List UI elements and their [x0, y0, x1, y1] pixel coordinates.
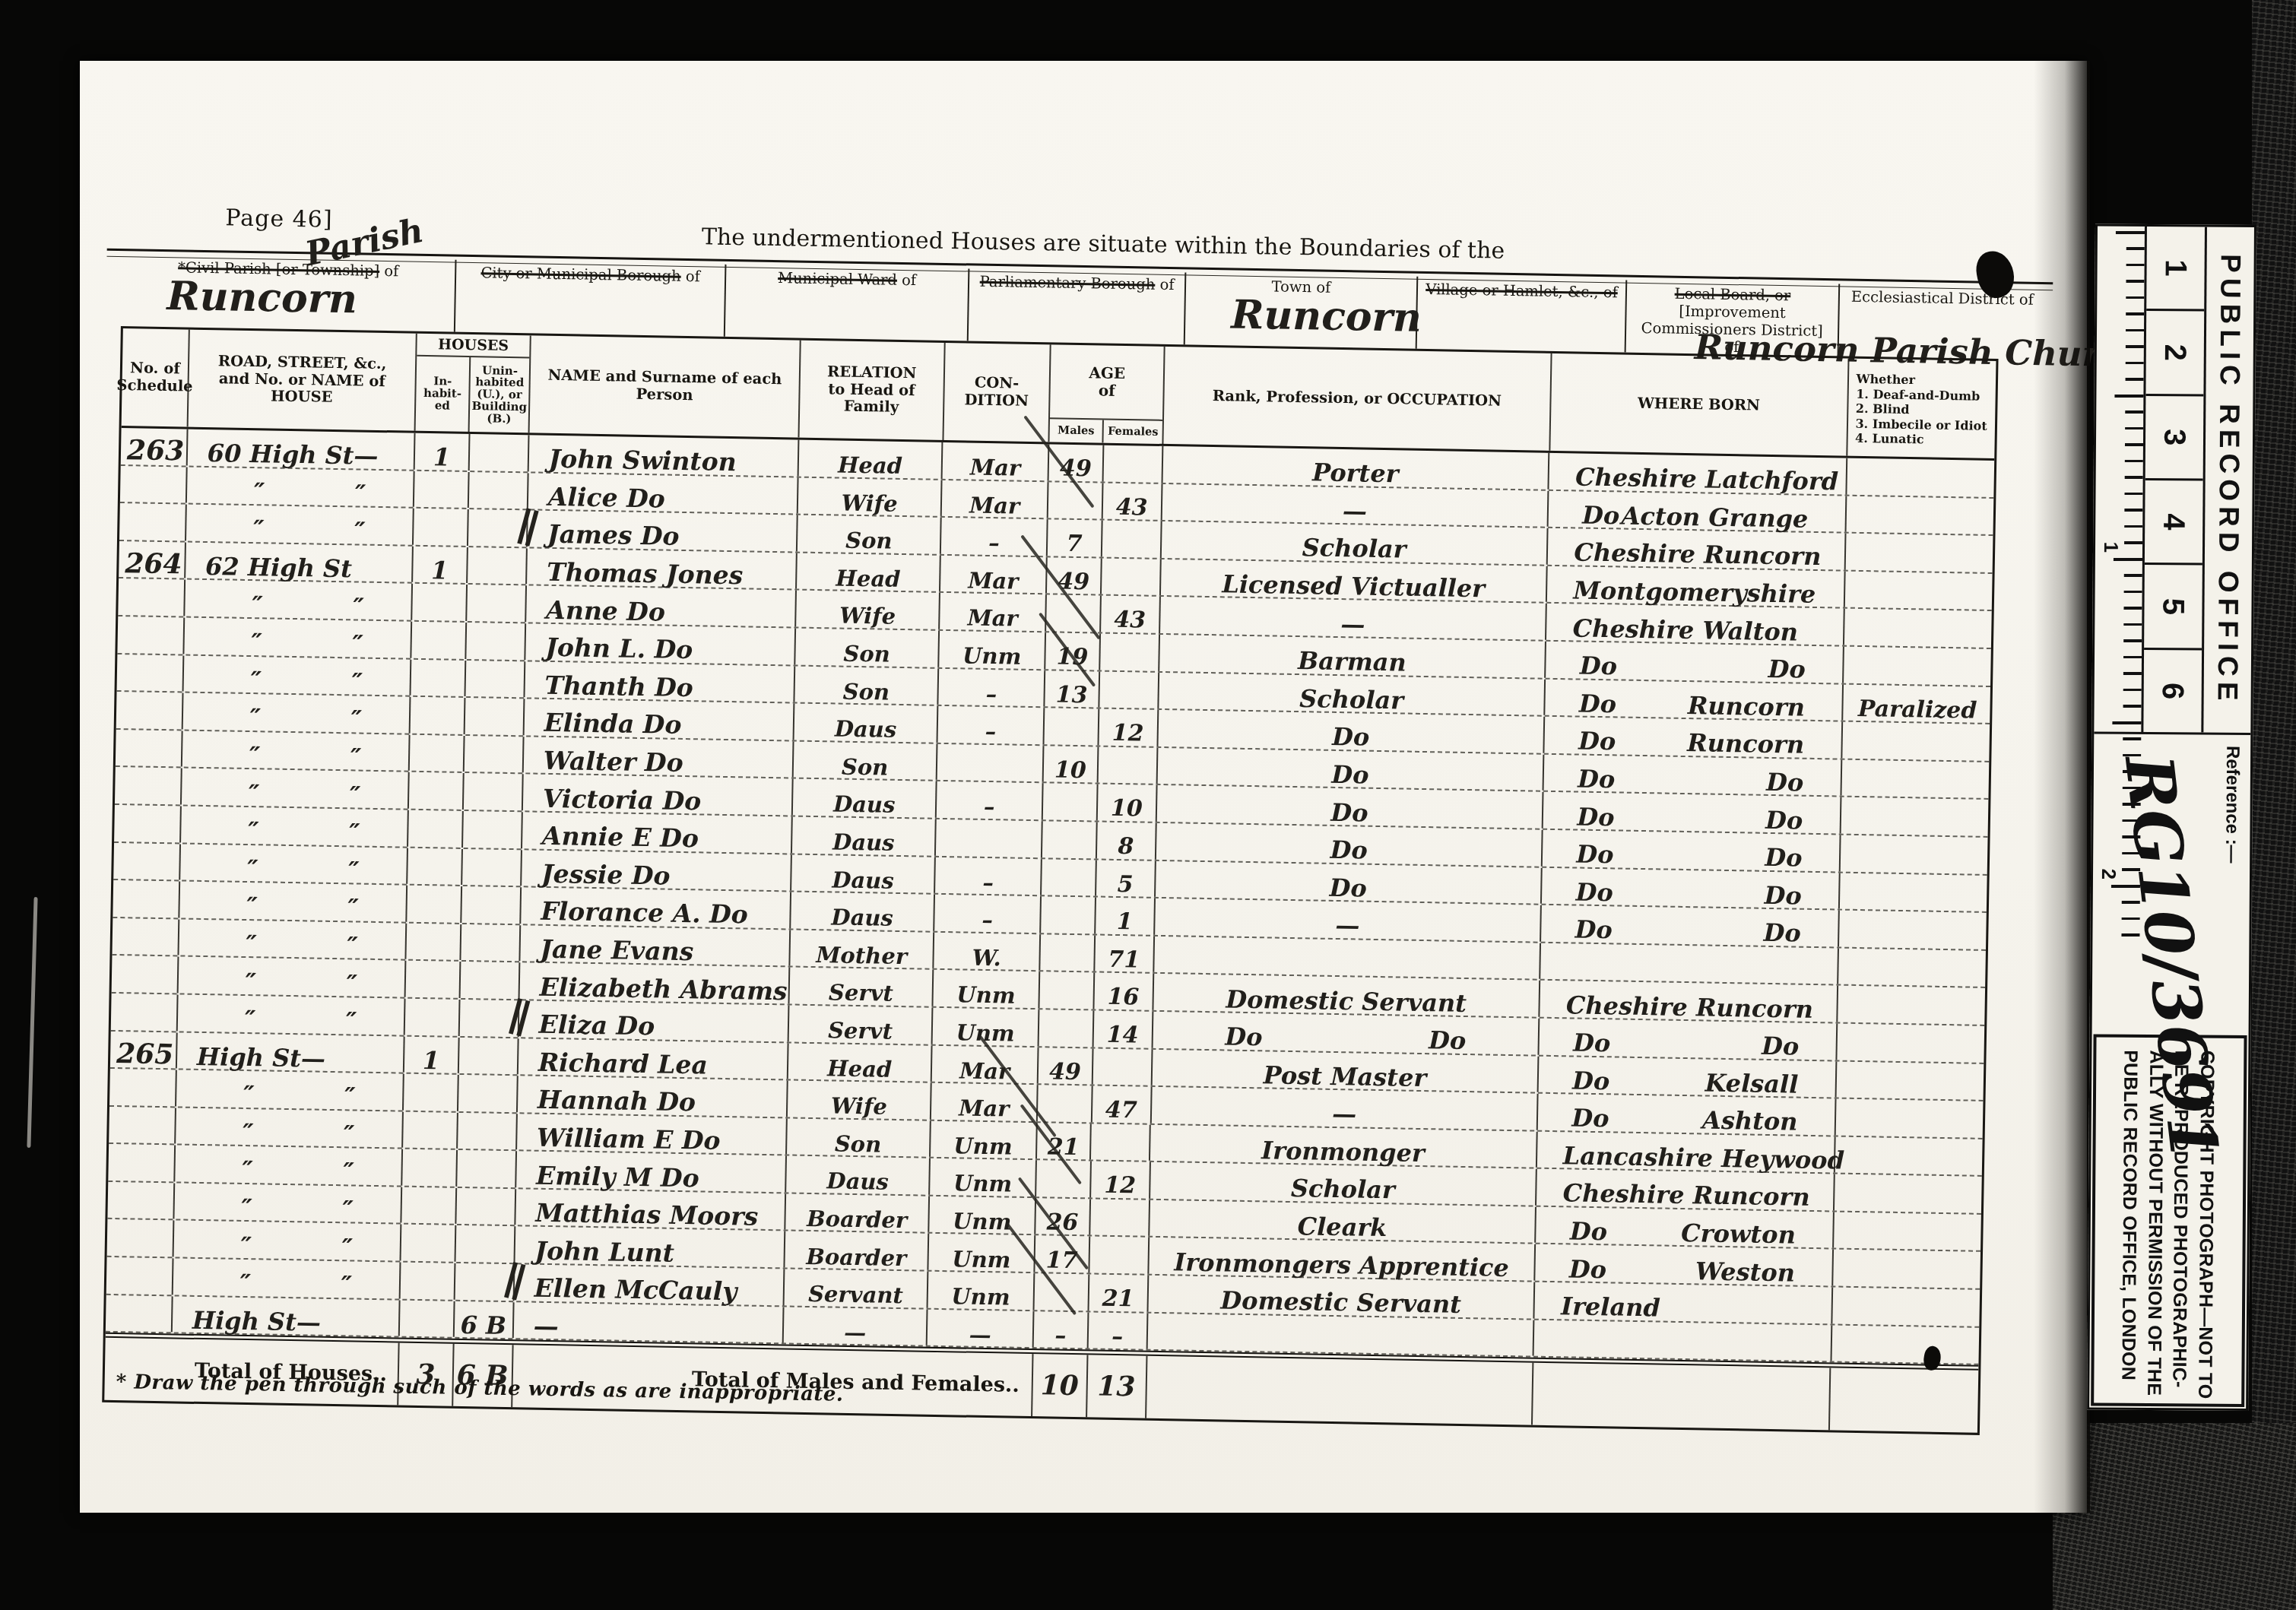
cell-age-female: 1 [1096, 898, 1156, 935]
handwritten-value-part: Do [1575, 880, 1613, 904]
houses-label: HOUSES [417, 334, 530, 359]
handwritten-value-part: Crowton [1681, 1222, 1796, 1247]
handwritten-value: 60 High St— [208, 442, 379, 467]
handwritten-value-part: ″ [242, 1158, 253, 1182]
cell-occupation [1147, 1313, 1534, 1355]
cell-uninhabited [457, 1150, 517, 1187]
cell-infirmity [1833, 1250, 1980, 1288]
cell-where-born: DoDo [1540, 1019, 1838, 1060]
cell-road: ″″ [184, 617, 412, 658]
handwritten-value-part: ″ [342, 1198, 354, 1222]
cell-occupation: DoDo [1153, 1012, 1540, 1054]
cell-relation: Mother [790, 930, 934, 968]
cell-uninhabited [468, 547, 528, 585]
handwritten-value: Ironmongers Apprentice [1174, 1250, 1509, 1279]
cell-condition: – [935, 857, 1042, 895]
cell-age-female: – [1089, 1312, 1149, 1349]
handwritten-location-value: Runcorn [1231, 297, 1416, 336]
handwritten-value: Boarder [806, 1246, 906, 1269]
cell-relation: Boarder [785, 1193, 930, 1232]
cell-where-born: DoAshton [1538, 1094, 1836, 1135]
cell-infirmity [1839, 911, 1987, 949]
handwritten-value: Porter [1312, 461, 1399, 486]
column-header-schedule: No. of Schedule [122, 328, 190, 427]
cell-infirmity [1831, 1325, 1979, 1364]
cell-uninhabited [460, 962, 520, 999]
cell-road: 62 High St [186, 542, 414, 582]
cell-occupation [1154, 937, 1541, 979]
cell-where-born: DoDo [1544, 755, 1842, 796]
cell-road: High St— [177, 1032, 405, 1073]
total-males: 10 [1032, 1354, 1088, 1417]
cell-uninhabited [455, 1225, 515, 1263]
handwritten-value: 62 High St [205, 555, 352, 581]
cell-age-male [1040, 934, 1096, 971]
cell-uninhabited [467, 585, 527, 622]
handwritten-value: Barman [1298, 649, 1406, 674]
cell-road: ″″ [180, 844, 408, 884]
handwritten-value-part: ″ [243, 1121, 254, 1145]
cell-uninhabited [466, 623, 526, 660]
cell-where-born [1541, 943, 1839, 984]
cell-relation: Son [794, 741, 938, 780]
cell-road: ″″ [174, 1183, 402, 1223]
cell-age-male [1038, 1085, 1093, 1122]
handwritten-value: ″″ [201, 781, 408, 807]
cell-condition: Unm [933, 1008, 1039, 1046]
cell-relation: — [784, 1307, 928, 1345]
handwritten-value: Walter Do [544, 749, 683, 775]
handwritten-value: DoDo [1569, 805, 1840, 833]
cell-occupation: Scholar [1159, 672, 1546, 715]
cell-condition: Mar [940, 556, 1047, 594]
cell-condition: Unm [930, 1196, 1036, 1234]
cell-age-male: – [1034, 1311, 1089, 1349]
cell-road: ″″ [179, 919, 407, 959]
cell-where-born: Cheshire Runcorn [1540, 981, 1838, 1022]
handwritten-value: Unm [953, 1136, 1013, 1158]
cell-inhabited [410, 734, 465, 772]
cell-relation: Daus [791, 854, 936, 893]
cell-age-female: 8 [1097, 822, 1157, 859]
cell-uninhabited [458, 1075, 519, 1112]
cell-road: ″″ [176, 1070, 404, 1111]
cell-schedule [117, 616, 185, 654]
cell-inhabited [412, 584, 468, 621]
handwritten-value: Thomas Jones [547, 560, 744, 588]
pro-office-name: PUBLIC RECORD OFFICE [2201, 227, 2254, 734]
handwritten-value: Son [842, 756, 889, 778]
cell-occupation: — [1160, 597, 1547, 639]
handwritten-value-part: Do [1578, 730, 1616, 753]
cell-road: ″″ [182, 731, 411, 771]
handwritten-value-part: ″ [249, 744, 261, 768]
handwritten-value-part: Do [1225, 1025, 1263, 1049]
cell-age-male [1040, 972, 1096, 1009]
cell-relation: Servt [789, 968, 934, 1006]
cell-name: Jessie Do [522, 850, 792, 891]
handwritten-value: – [984, 797, 995, 818]
cell-uninhabited [462, 848, 522, 886]
cell-infirmity [1841, 797, 1988, 836]
cell-occupation: Ironmonger [1150, 1124, 1537, 1167]
cell-uninhabited [461, 886, 522, 924]
pro-scale-cell: 1 [2146, 227, 2205, 312]
handwritten-value: Do [1330, 876, 1368, 900]
handwritten-value: Annie E Do [542, 824, 699, 851]
handwritten-value: 43 [1116, 497, 1148, 519]
handwritten-value-part: ″ [245, 1008, 256, 1032]
cell-age-female: 16 [1094, 973, 1154, 1010]
handwritten-value: Victoria Do [543, 786, 702, 813]
cell-name: Anne Do [526, 586, 797, 627]
handwritten-value-part: ″ [248, 819, 259, 843]
cell-inhabited [402, 1149, 458, 1187]
handwritten-value: 12 [1104, 1175, 1136, 1197]
cell-condition: Unm [940, 631, 1046, 669]
page-edge-shadow [2034, 61, 2090, 1513]
handwritten-value: Licensed Victualler [1222, 572, 1485, 600]
cell-road: ″″ [181, 806, 409, 846]
handwritten-value: — [969, 1324, 991, 1345]
handwritten-value: ″″ [206, 517, 413, 544]
handwritten-value: 8 [1118, 836, 1134, 858]
handwritten-value: Head [827, 1058, 892, 1080]
cell-inhabited [404, 1074, 459, 1111]
column-header-where-born: WHERE BORN [1550, 353, 1849, 456]
cell-age-female: 12 [1099, 709, 1159, 746]
handwritten-value-part: Acton Grange [1621, 504, 1808, 531]
cell-where-born: Cheshire Latchford [1549, 453, 1847, 494]
pro-scale-cells: 123456 [2141, 227, 2205, 733]
handwritten-value: DoDo [1153, 1024, 1538, 1054]
handwritten-value: DoDo [1567, 918, 1838, 946]
handwritten-value: Domestic Servant [1226, 987, 1467, 1015]
handwritten-value: Hannah Do [538, 1088, 696, 1114]
scan-scratch-mark [27, 897, 37, 1148]
handwritten-value-part: Do [1766, 771, 1804, 794]
cell-age-male [1046, 595, 1102, 632]
cell-relation: Daus [786, 1156, 931, 1195]
handwritten-value-part: ″ [347, 934, 358, 958]
cell-age-female [1102, 521, 1162, 558]
cell-relation: Son [794, 666, 939, 705]
cell-age-female: 10 [1098, 784, 1158, 822]
handwritten-value: ″″ [199, 894, 406, 921]
handwritten-value-part: Ashton [1702, 1109, 1798, 1134]
location-field: Parliamentary Borough of [969, 268, 1187, 344]
cell-name: ∥Eliza Do [519, 1000, 789, 1041]
handwritten-value-part: ″ [254, 480, 265, 504]
handwritten-value: Mar [969, 495, 1020, 517]
cell-schedule [106, 1257, 174, 1295]
handwritten-value: Mar [967, 608, 1018, 630]
column-header-age: AGE of Males Females [1050, 344, 1165, 444]
handwritten-value: 13 [1055, 684, 1087, 706]
handwritten-value: – [982, 872, 994, 893]
handwritten-value: Do [1332, 725, 1370, 749]
handwritten-value: — [1340, 613, 1365, 636]
handwritten-value: DoRuncorn [1571, 692, 1842, 720]
cell-condition [936, 819, 1042, 857]
cell-occupation: Scholar [1162, 521, 1549, 564]
handwritten-value: 12 [1112, 723, 1143, 745]
handwritten-value: Wife [831, 1096, 887, 1118]
cell-inhabited [401, 1263, 456, 1300]
handwritten-value: – [1112, 1326, 1123, 1349]
cell-schedule [120, 466, 188, 503]
cell-age-male: 21 [1037, 1123, 1093, 1160]
cell-occupation: Do [1156, 860, 1543, 903]
cell-inhabited [401, 1225, 457, 1262]
column-header-inhabited: In- habit- ed [416, 357, 471, 432]
handwritten-value-part: ″ [246, 895, 258, 918]
handwritten-value: – [985, 684, 997, 705]
handwritten-value: 263 [127, 438, 185, 464]
pro-reference-section: Reference :— RG10/3691 [2092, 734, 2251, 1035]
cell-uninhabited [470, 434, 530, 471]
handwritten-value: Mar [968, 570, 1019, 592]
location-field: Town ofRuncorn [1185, 272, 1419, 348]
handwritten-value: 1 [433, 445, 451, 469]
handwritten-value: Mother [816, 945, 907, 968]
cell-age-male: 10 [1044, 746, 1099, 783]
ruler-number: 1 [2099, 542, 2123, 553]
location-field-label: Municipal Ward of [726, 268, 968, 290]
cell-inhabited [406, 961, 461, 998]
cell-name: John L. Do [525, 623, 796, 664]
cell-condition: Mar [940, 593, 1047, 631]
cell-age-male: 13 [1045, 670, 1100, 708]
cell-name: — [514, 1302, 785, 1343]
cell-occupation: — [1152, 1087, 1539, 1130]
handwritten-value-part: ″ [243, 1083, 255, 1107]
cell-uninhabited [465, 736, 525, 773]
handwritten-value-part: Do [1577, 805, 1615, 829]
handwritten-value: Thanth Do [544, 673, 693, 700]
handwritten-value: DoWeston [1562, 1257, 1832, 1285]
location-field-label-struck: City or Municipal Borough [480, 264, 681, 285]
handwritten-value: Daus [832, 832, 895, 854]
handwritten-value-part: ″ [343, 1161, 354, 1184]
cell-uninhabited [459, 1037, 519, 1074]
handwritten-value-part: ″ [350, 746, 362, 769]
cell-where-born: Cheshire Runcorn [1548, 528, 1846, 569]
cell-schedule [116, 730, 183, 767]
cell-road: ″″ [182, 769, 410, 809]
handwritten-value-part: Do [1569, 1257, 1607, 1281]
cell-relation: Wife [798, 477, 943, 516]
cell-schedule [109, 1107, 176, 1144]
handwritten-value: High St— [197, 1045, 326, 1070]
cell-age-male [1041, 896, 1096, 933]
cell-age-female [1091, 1124, 1151, 1161]
cell-schedule [115, 767, 182, 804]
cell-inhabited [407, 886, 462, 923]
cell-relation: Boarder [785, 1231, 929, 1270]
handwritten-value: Wife [839, 606, 896, 628]
cell-condition: – [938, 706, 1045, 744]
handwritten-value: Unm [956, 985, 1016, 1007]
cell-schedule [119, 503, 187, 540]
cell-road: ″″ [178, 957, 406, 997]
pro-ruler-section: PUBLIC RECORD OFFICE 123456 1 2 [2094, 227, 2254, 736]
handwritten-value: 49 [1049, 1061, 1081, 1083]
cell-relation: Head [797, 553, 941, 591]
column-header-relation: RELATION to Head of Family [800, 341, 946, 440]
cell-name: Annie E Do [522, 812, 793, 853]
column-header-occupation: Rank, Profession, or OCCUPATION [1164, 347, 1552, 451]
handwritten-value-part: Weston [1695, 1260, 1796, 1285]
handwritten-value: Alice Do [548, 485, 665, 511]
handwritten-value: Jessie Do [541, 862, 671, 888]
cell-age-female [1093, 1048, 1153, 1085]
handwritten-value: Son [843, 644, 890, 666]
cell-occupation: Porter [1162, 446, 1549, 489]
handwritten-value-part: ″ [346, 972, 357, 996]
handwritten-value: John L. Do [545, 635, 693, 662]
cell-age-female [1099, 671, 1159, 708]
handwritten-value-part: ″ [245, 971, 256, 994]
handwritten-value-part: ″ [350, 708, 362, 732]
handwritten-value: Domestic Servant [1220, 1289, 1461, 1317]
cell-uninhabited [469, 472, 529, 509]
cell-infirmity [1840, 835, 1987, 874]
handwritten-value: Cheshire Runcorn [1566, 994, 1813, 1021]
cell-infirmity [1844, 571, 1992, 610]
cell-occupation: Barman [1159, 635, 1546, 677]
cell-schedule [112, 918, 179, 956]
cell-road: High St— [173, 1296, 401, 1336]
cell-name: ∥James Do [528, 511, 798, 552]
cell-schedule [107, 1219, 175, 1257]
cell-age-female [1090, 1199, 1150, 1236]
cell-relation: Daus [792, 816, 937, 855]
handwritten-value: Cheshire Runcorn [1574, 541, 1821, 569]
cell-infirmity [1844, 647, 1991, 686]
handwritten-value: 1 [1117, 911, 1133, 933]
cell-condition [937, 744, 1044, 782]
handwritten-value: Mar [959, 1098, 1010, 1120]
location-field-label: Parliamentary Borough of [969, 272, 1184, 293]
cell-schedule: 265 [110, 1031, 178, 1068]
handwritten-value: Unm [952, 1249, 1011, 1271]
cell-age-male: 26 [1035, 1198, 1091, 1235]
handwritten-value-part: Do [1765, 846, 1803, 870]
cell-where-born: DoRuncorn [1546, 679, 1844, 720]
handwritten-value-part: ″ [353, 595, 364, 619]
cell-age-male [1036, 1160, 1092, 1197]
handwritten-value-part: ″ [350, 784, 361, 807]
handwritten-value: Daus [835, 719, 897, 741]
cell-name: John Lunt [515, 1227, 785, 1268]
cell-infirmity [1839, 873, 1987, 911]
cell-age-male: 49 [1047, 557, 1102, 594]
cell-occupation: Domestic Servant [1148, 1276, 1535, 1318]
cell-relation: Servt [789, 1005, 934, 1044]
handwritten-value: Unm [953, 1174, 1013, 1196]
cell-road: ″″ [178, 994, 406, 1035]
cell-inhabited [411, 622, 467, 659]
cell-occupation: Cleark [1150, 1200, 1536, 1243]
handwritten-value: ″″ [193, 1271, 400, 1298]
handwritten-value-part: ″ [347, 897, 359, 921]
handwritten-value: Servt [828, 1020, 893, 1042]
location-field-label: Ecclesiastical District of [1840, 287, 2045, 309]
pro-scale-cell: 3 [2145, 396, 2204, 481]
handwritten-value-part: Do [1572, 1069, 1610, 1092]
cell-inhabited [400, 1300, 455, 1337]
handwritten-value: John Swinton [548, 447, 737, 474]
cell-schedule [118, 578, 186, 616]
pro-copyright-line: PUBLIC RECORD OFFICE, LONDON [2115, 1050, 2143, 1399]
column-header-males: Males [1050, 419, 1105, 442]
location-field-label: Village or Hamlet, &c., of [1418, 280, 1625, 302]
cell-schedule [113, 880, 180, 918]
handwritten-value-part: ″ [247, 857, 258, 881]
handwritten-value-part: Do [1571, 1107, 1609, 1130]
cell-condition: Unm [931, 1120, 1037, 1158]
cell-name: Elizabeth Abrams [519, 963, 790, 1004]
cell-name: Jane Evans [520, 925, 791, 966]
handwritten-value: 5 [1117, 874, 1133, 896]
handwritten-value: Servant [808, 1284, 903, 1307]
handwritten-value: Cheshire Walton [1572, 616, 1798, 644]
location-field: Village or Hamlet, &c., of [1417, 277, 1628, 353]
handwritten-value-part: ″ [239, 1272, 251, 1295]
handwritten-value-part: ″ [253, 518, 265, 541]
handwritten-value: DoCrowton [1562, 1219, 1833, 1247]
handwritten-value: Servt [829, 983, 893, 1005]
cell-where-born: Lancashire Heywood [1536, 1131, 1835, 1172]
cell-condition: Unm [928, 1272, 1035, 1310]
cell-name: Matthias Moors [515, 1189, 786, 1230]
cell-condition: Mar [942, 480, 1048, 518]
cell-age-male [1042, 821, 1098, 858]
cell-age-female [1102, 558, 1162, 595]
cell-uninhabited: 6 B [455, 1301, 515, 1339]
handwritten-value: 1 [423, 1049, 440, 1073]
handwritten-value: Boarder [807, 1209, 907, 1231]
cell-age-male [1035, 1273, 1090, 1311]
cell-infirmity [1834, 1174, 1981, 1213]
cell-where-born: DoActon Grange [1549, 490, 1847, 531]
cell-infirmity [1835, 1136, 1982, 1175]
cell-occupation: Licensed Victualler [1161, 559, 1548, 602]
cell-occupation: Domestic Servant [1153, 974, 1540, 1016]
handwritten-value: – [988, 533, 1000, 554]
location-field-label-struck: Local Board, or [1674, 285, 1790, 305]
cell-where-born: DoRuncorn [1545, 717, 1843, 758]
handwritten-value: ″″ [198, 969, 404, 996]
cell-schedule [112, 956, 179, 993]
handwritten-value: Son [842, 681, 890, 703]
handwritten-value: Elinda Do [544, 711, 681, 737]
handwritten-value: ″″ [201, 819, 408, 845]
handwritten-value: DoRuncorn [1571, 730, 1841, 758]
cell-age-female [1089, 1237, 1150, 1274]
cell-infirmity [1842, 722, 1990, 761]
cell-relation: Son [798, 515, 942, 554]
handwritten-value: Cleark [1297, 1215, 1387, 1239]
cell-name: Hannah Do [518, 1076, 788, 1117]
handwritten-value: 47 [1105, 1100, 1137, 1122]
cell-where-born: Cheshire Runcorn [1536, 1169, 1835, 1210]
cell-name: Walter Do [523, 737, 794, 778]
location-field-label-part: of [897, 271, 917, 289]
cell-inhabited [409, 772, 465, 810]
cell-age-male [1042, 859, 1097, 896]
